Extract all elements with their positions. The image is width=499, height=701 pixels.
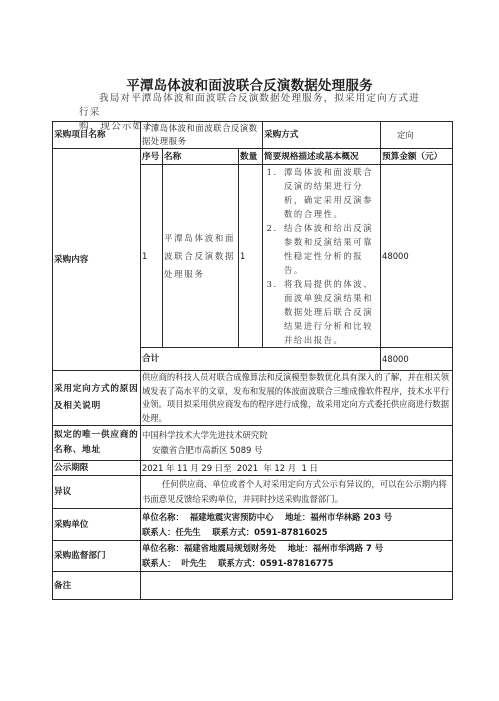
note-value: [141, 572, 453, 600]
row-desc: 潭岛体波和面波联合反演的结果进行分析，确定采用反演参数的合理性。 结合体波和给出…: [263, 165, 381, 348]
total-label: 合计: [141, 348, 381, 371]
header-desc: 简要规格描述或基本概况: [263, 149, 381, 165]
row-name: 平潭岛体波和面波联合反演数据处理服务: [163, 165, 239, 348]
desc-item-2: 结合体波和给出反演参数和反演结果可靠性稳定性分析的报告。: [282, 221, 379, 277]
desc-item-1: 潭岛体波和面波联合反演的结果进行分析，确定采用反演参数的合理性。: [282, 165, 379, 221]
project-name-label: 采购项目名称: [53, 122, 141, 149]
method-value: 定向: [381, 122, 453, 149]
content-header-row: 采购内容 序号 名称 数量 简要规格描述或基本概况 预算金额（元）: [53, 149, 453, 165]
document-title: 平潭岛体波和面波联合反演数据处理服务: [0, 74, 499, 94]
intro-line-1: 我局对平潭岛体波和面波联合反演数据处理服务，拟采用定向方式进行采: [79, 92, 429, 120]
objection-label: 异议: [53, 476, 141, 509]
period-row: 公示期限 2021 年 11 月 29 日至 2021 年 12 月 1 日: [53, 461, 453, 476]
supplier-cell: 中国科学技术大学先进技术研究院 安徽省合肥市高新区 5089 号: [141, 426, 453, 461]
desc-list: 潭岛体波和面波联合反演的结果进行分析，确定采用反演参数的合理性。 结合体波和给出…: [264, 165, 379, 347]
objection-row: 异议 任何供应商、单位或者个人对采用定向方式公示有异议的，可以在公示期内将书面意…: [53, 476, 453, 509]
project-name-value: 平潭岛体波和面波联合反演数据处理服务: [141, 122, 263, 149]
note-row: 备注: [53, 572, 453, 600]
supervisor-line-1: 单位名称：福建省地震局规划财务处 地址：福州市华鸿路 7 号: [142, 541, 451, 556]
procurement-table: 采购项目名称 平潭岛体波和面波联合反演数据处理服务 采购方式 定向 采购内容 序…: [52, 121, 453, 600]
desc-item-3: 将我局提供的体波、面波单独反演结果和数据处理后联合反演结果进行分析和比较并给出报…: [282, 277, 379, 347]
header-budget: 预算金额（元）: [381, 149, 453, 165]
project-name-text: 平潭岛体波和面波联合反演数据处理服务: [142, 123, 258, 146]
period-value: 2021 年 11 月 29 日至 2021 年 12 月 1 日: [141, 461, 453, 476]
project-name-row: 采购项目名称 平潭岛体波和面波联合反演数据处理服务 采购方式 定向: [53, 122, 453, 149]
supervisor-label: 采购监督部门: [53, 541, 141, 572]
content-label: 采购内容: [53, 149, 141, 371]
header-name: 名称: [163, 149, 239, 165]
supervisor-row: 采购监督部门 单位名称：福建省地震局规划财务处 地址：福州市华鸿路 7 号 联系…: [53, 541, 453, 572]
row-budget: 48000: [381, 165, 453, 348]
supplier-name: 中国科学技术大学先进技术研究院: [142, 428, 451, 443]
reason-text: 供应商的科技人员对联合成像算法和反演模型参数优化具有深入的了解，并在相关领域发表…: [141, 371, 453, 426]
method-text: 定向: [397, 130, 414, 140]
row-seq: 1: [141, 165, 163, 348]
row-qty: 1: [239, 165, 263, 348]
reason-row: 采用定向方式的原因及相关说明 供应商的科技人员对联合成像算法和反演模型参数优化具…: [53, 371, 453, 426]
purchaser-line-2: 联系人：任先生 联系方式：0591-87816025: [142, 525, 451, 540]
supplier-address: 安徽省合肥市高新区 5089 号: [142, 443, 262, 458]
reason-label: 采用定向方式的原因及相关说明: [53, 371, 141, 426]
purchaser-cell: 单位名称： 福建地震灾害预防中心 地址：福州市华林路 203 号 联系人：任先生…: [141, 509, 453, 541]
period-label: 公示期限: [53, 461, 141, 476]
supplier-row: 拟定的唯一供应商的名称、地址 中国科学技术大学先进技术研究院 安徽省合肥市高新区…: [53, 426, 453, 461]
supplier-label: 拟定的唯一供应商的名称、地址: [53, 426, 141, 461]
objection-cell: 任何供应商、单位或者个人对采用定向方式公示有异议的，可以在公示期内将书面意见反馈…: [141, 476, 453, 509]
method-label: 采购方式: [263, 122, 381, 149]
header-qty: 数量: [239, 149, 263, 165]
objection-text: 任何供应商、单位或者个人对采用定向方式公示有异议的，可以在公示期内将书面意见反馈…: [142, 477, 451, 507]
supervisor-line-2: 联系人： 叶先生 联系方式：0591-87816775: [142, 556, 451, 571]
purchaser-row: 采购单位 单位名称： 福建地震灾害预防中心 地址：福州市华林路 203 号 联系…: [53, 509, 453, 541]
total-value: 48000: [381, 348, 453, 371]
purchaser-label: 采购单位: [53, 509, 141, 541]
purchaser-line-1: 单位名称： 福建地震灾害预防中心 地址：福州市华林路 203 号: [142, 510, 451, 525]
note-label: 备注: [53, 572, 141, 600]
supervisor-cell: 单位名称：福建省地震局规划财务处 地址：福州市华鸿路 7 号 联系人： 叶先生 …: [141, 541, 453, 572]
header-seq: 序号: [141, 149, 163, 165]
